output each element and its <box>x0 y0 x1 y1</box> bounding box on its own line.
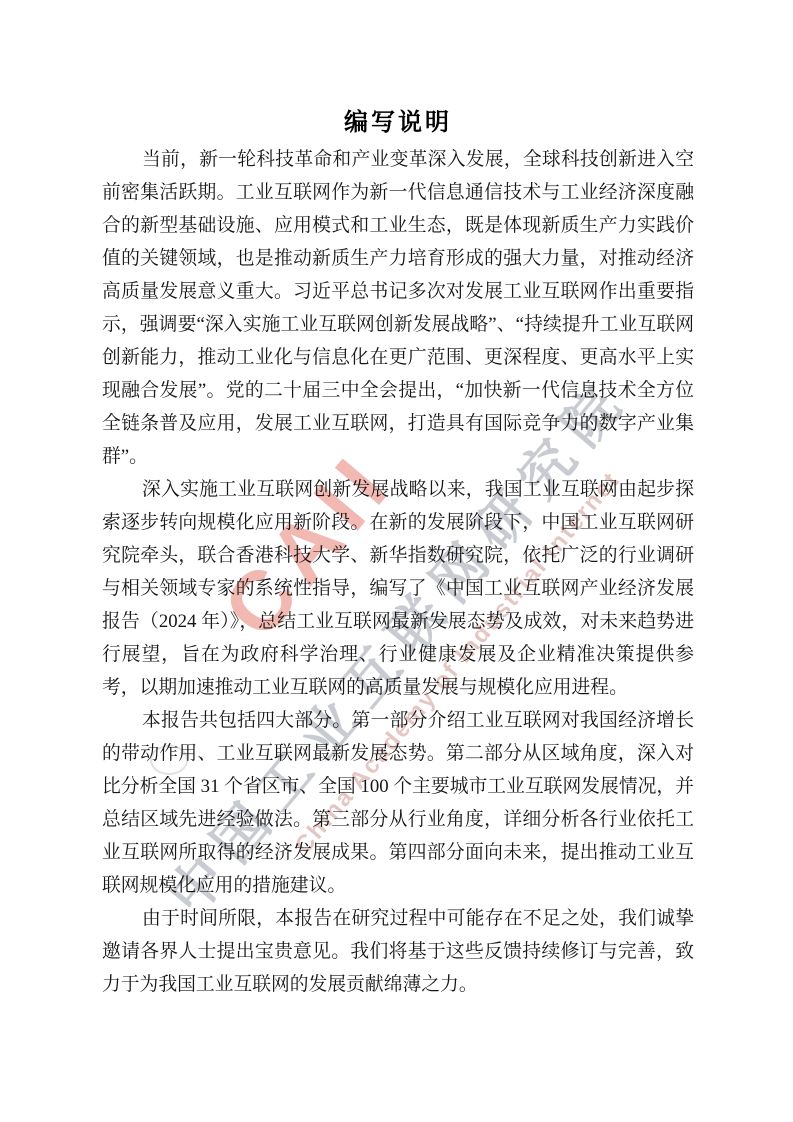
document-title: 编写说明 <box>102 106 694 140</box>
paragraph-3: 本报告共包括四大部分。第一部分介绍工业互联网对我国经济增长的带动作用、工业互联网… <box>102 704 694 902</box>
document-page: CAII 中国工业互联网研究院 China Academy of Industr… <box>0 0 793 1122</box>
document-content: 编写说明 当前，新一轮科技革命和产业变革深入发展，全球科技创新进入空前密集活跃期… <box>102 106 694 1001</box>
paragraph-1: 当前，新一轮科技革命和产业变革深入发展，全球科技创新进入空前密集活跃期。工业互联… <box>102 143 694 473</box>
paragraph-4: 由于时间所限，本报告在研究过程中可能存在不足之处，我们诚挚邀请各界人士提出宝贵意… <box>102 902 694 1001</box>
paragraph-2: 深入实施工业互联网创新发展战略以来，我国工业互联网由起步探索逐步转向规模化应用新… <box>102 473 694 704</box>
